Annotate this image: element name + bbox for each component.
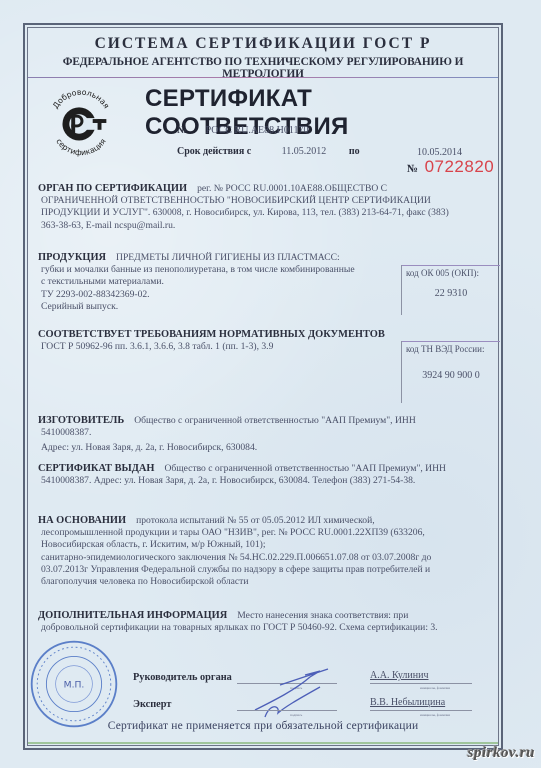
- products-text: губки и мочалки банные из пенополиуретан…: [38, 264, 391, 276]
- products-label: ПРОДУКЦИЯ: [38, 252, 106, 263]
- certification-body-label: ОРГАН ПО СЕРТИФИКАЦИИ: [38, 183, 187, 194]
- validity-row: Срок действия с 11.05.2012 по: [177, 146, 360, 157]
- certification-body-text: рег. № РОСС RU.0001.10АЕ88.ОБЩЕСТВО С: [197, 183, 387, 194]
- certification-body-text: 363-38-63, E-mail ncspu@mail.ru.: [38, 220, 495, 232]
- certification-body-text: ОГРАНИЧЕННОЙ ОТВЕТСТВЕННОСТЬЮ "НОВОСИБИР…: [38, 195, 495, 207]
- name-caption: инициалы, фамилия: [420, 686, 450, 690]
- signature-caption: подпись: [290, 713, 302, 717]
- certificate-frame: СИСТЕМА СЕРТИФИКАЦИИ ГОСТ Р ФЕДЕРАЛЬНОЕ …: [23, 23, 503, 750]
- manufacturer-text: Общество с ограниченной ответственностью…: [134, 415, 416, 426]
- products-text: Серийный выпуск.: [38, 301, 391, 313]
- svg-text:Добровольная: Добровольная: [51, 88, 111, 111]
- valid-from: 11.05.2012: [282, 146, 327, 157]
- rst-logo-icon: Добровольная сертификация: [42, 83, 120, 161]
- stamp-text: М.П.: [64, 680, 85, 691]
- additional-info-text: Место нанесения знака соответствия: при: [237, 610, 408, 621]
- issued-to-text: Общество с ограниченной ответственностью…: [164, 463, 446, 474]
- section-additional-info: ДОПОЛНИТЕЛЬНАЯ ИНФОРМАЦИЯМесто нанесения…: [38, 610, 495, 634]
- name-caption: инициалы, фамилия: [420, 713, 450, 717]
- additional-info-label: ДОПОЛНИТЕЛЬНАЯ ИНФОРМАЦИЯ: [38, 610, 227, 621]
- expert-name-line: [370, 710, 472, 711]
- certificate-number-row: № РОСС RU.AE88.H01170: [177, 125, 309, 136]
- issued-to-text: 5410008387. Адрес: ул. Новая Заря, д. 2а…: [38, 475, 495, 487]
- section-manufacturer: ИЗГОТОВИТЕЛЬОбщество с ограниченной отве…: [38, 415, 495, 455]
- official-stamp-icon: М.П.: [28, 638, 120, 730]
- footer-divider: [28, 742, 498, 744]
- basis-text: благополучия человека по Новосибирской о…: [38, 576, 495, 588]
- expert-signature-line: [237, 710, 337, 711]
- basis-label: НА ОСНОВАНИИ: [38, 515, 126, 526]
- issued-to-label: СЕРТИФИКАТ ВЫДАН: [38, 463, 154, 474]
- validity-label: Срок действия с: [177, 146, 251, 157]
- manufacturer-label: ИЗГОТОВИТЕЛЬ: [38, 415, 124, 426]
- manufacturer-text: Адрес: ул. Новая Заря, д. 2а, г. Новосиб…: [38, 442, 495, 454]
- footer-note: Сертификат не применяется при обязательн…: [25, 720, 501, 732]
- signature-scribble-icon: [250, 665, 350, 720]
- section-products: ПРОДУКЦИЯПРЕДМЕТЫ ЛИЧНОЙ ГИГИЕНЫ ИЗ ПЛАС…: [38, 252, 391, 313]
- serial-label: №: [407, 163, 419, 175]
- okp-code-box: код ОК 005 (ОКП): 22 9310: [401, 265, 500, 315]
- certification-body-text: ПРОДУКЦИИ И УСЛУГ". 630008, г. Новосибир…: [38, 207, 495, 219]
- tnved-code-box: код ТН ВЭД России: 3924 90 900 0: [401, 341, 500, 403]
- compliance-label: СООТВЕТСТВУЕТ ТРЕБОВАНИЯМ НОРМАТИВНЫХ ДО…: [38, 329, 385, 340]
- number-label: №: [177, 125, 187, 136]
- okp-code-label: код ОК 005 (ОКП):: [402, 265, 500, 280]
- okp-code-value: 22 9310: [402, 288, 500, 299]
- certificate-number: РОСС RU.AE88.H01170: [206, 125, 309, 136]
- serial-value: 0722820: [425, 157, 495, 176]
- products-text: с текстильными материалами.: [38, 276, 391, 288]
- basis-text: лесопромышленной продукции и тары ОАО "Н…: [38, 527, 495, 539]
- basis-text: Новосибирская область, г. Искитим, м/р Ю…: [38, 539, 495, 551]
- section-issued-to: СЕРТИФИКАТ ВЫДАНОбщество с ограниченной …: [38, 463, 495, 487]
- head-label: Руководитель органа: [133, 672, 232, 683]
- tnved-code-value: 3924 90 900 0: [402, 370, 500, 381]
- serial-number: №0722820: [407, 157, 494, 177]
- products-text: ПРЕДМЕТЫ ЛИЧНОЙ ГИГИЕНЫ ИЗ ПЛАСТМАСС:: [116, 252, 340, 263]
- expert-name: В.В. Небылицина: [370, 697, 445, 708]
- manufacturer-text: 5410008387.: [38, 427, 495, 439]
- section-basis: НА ОСНОВАНИИпротокола испытаний № 55 от …: [38, 515, 495, 588]
- header-divider: [28, 77, 498, 78]
- watermark: spirkov.ru: [468, 745, 535, 762]
- products-text: ТУ 2293-002-88342369-02.: [38, 289, 391, 301]
- basis-text: 03.07.2013г Управления Федеральной служб…: [38, 564, 495, 576]
- expert-label: Эксперт: [133, 699, 171, 710]
- basis-text: санитарно-эпидемиологического заключения…: [38, 552, 495, 564]
- head-name: А.А. Кулинич: [370, 670, 429, 681]
- section-certification-body: ОРГАН ПО СЕРТИФИКАЦИИрег. № РОСС RU.0001…: [38, 183, 495, 232]
- basis-text: протокола испытаний № 55 от 05.05.2012 И…: [136, 515, 375, 526]
- head-name-line: [370, 683, 472, 684]
- system-heading: СИСТЕМА СЕРТИФИКАЦИИ ГОСТ Р: [25, 35, 501, 53]
- additional-info-text: добровольной сертификации на товарных яр…: [38, 622, 495, 634]
- tnved-code-label: код ТН ВЭД России:: [402, 341, 500, 356]
- to-label: по: [349, 146, 360, 157]
